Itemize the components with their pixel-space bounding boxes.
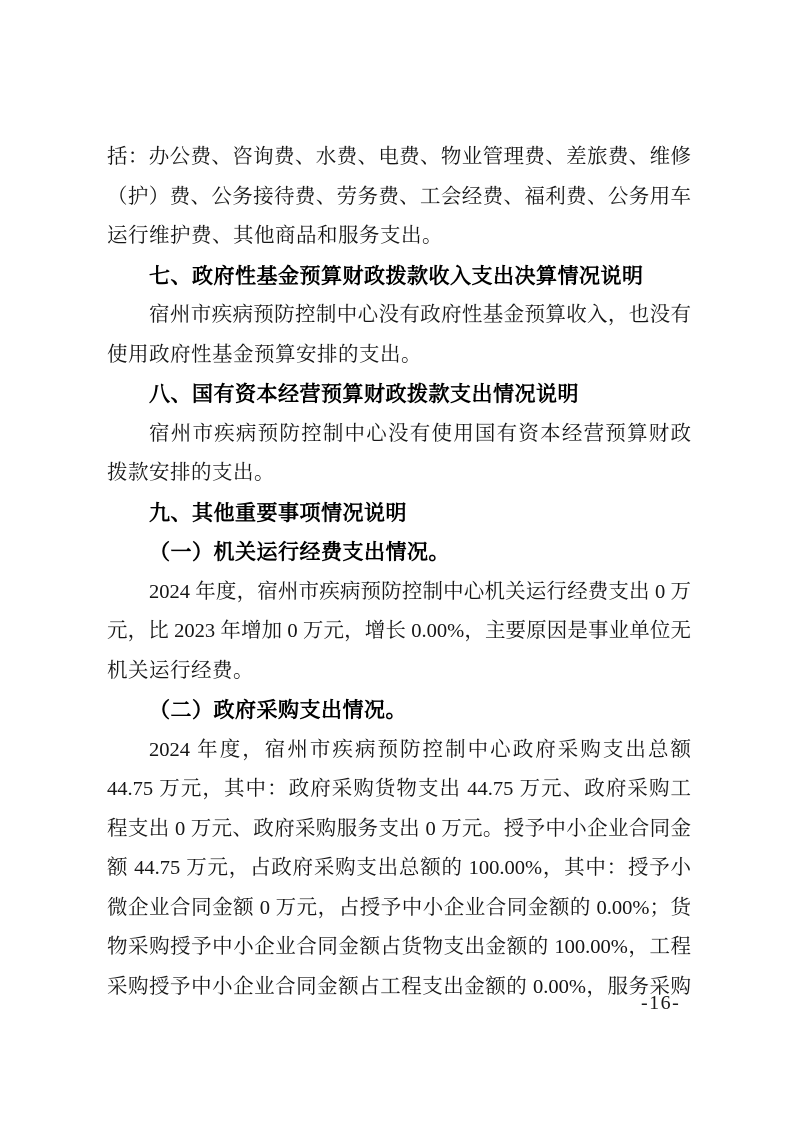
paragraph-line: 元，比 2023 年增加 0 万元，增长 0.00%，主要原因是事业单位无 xyxy=(107,612,691,652)
paragraph-line: 宿州市疾病预防控制中心没有政府性基金预算收入，也没有 xyxy=(107,296,691,336)
heading-section-9: 九、其他重要事项情况说明 xyxy=(107,494,691,534)
paragraph-line: 2024 年度，宿州市疾病预防控制中心政府采购支出总额 xyxy=(107,731,691,771)
document-page: 括：办公费、咨询费、水费、电费、物业管理费、差旅费、维修 （护）费、公务接待费、… xyxy=(0,0,793,1122)
paragraph-line: 采购授予中小企业合同金额占工程支出金额的 0.00%，服务采购 xyxy=(107,968,691,1008)
page-number: -16- xyxy=(641,992,680,1015)
paragraph-line: 括：办公费、咨询费、水费、电费、物业管理费、差旅费、维修 xyxy=(107,138,691,178)
paragraph-section-7: 宿州市疾病预防控制中心没有政府性基金预算收入，也没有 使用政府性基金预算安排的支… xyxy=(107,296,691,375)
heading-subsection-1: （一）机关运行经费支出情况。 xyxy=(107,533,691,573)
heading-section-8: 八、国有资本经营预算财政拨款支出情况说明 xyxy=(107,375,691,415)
paragraph-expense-items-continuation: 括：办公费、咨询费、水费、电费、物业管理费、差旅费、维修 （护）费、公务接待费、… xyxy=(107,138,691,257)
paragraph-line: 使用政府性基金预算安排的支出。 xyxy=(107,336,691,376)
page-content: 括：办公费、咨询费、水费、电费、物业管理费、差旅费、维修 （护）费、公务接待费、… xyxy=(107,138,691,1007)
paragraph-line: 机关运行经费。 xyxy=(107,652,691,692)
heading-subsection-2: （二）政府采购支出情况。 xyxy=(107,691,691,731)
paragraph-subsection-1: 2024 年度，宿州市疾病预防控制中心机关运行经费支出 0 万 元，比 2023… xyxy=(107,573,691,692)
paragraph-line: 额 44.75 万元，占政府采购支出总额的 100.00%，其中：授予小 xyxy=(107,849,691,889)
paragraph-line: 物采购授予中小企业合同金额占货物支出金额的 100.00%，工程 xyxy=(107,928,691,968)
paragraph-line: 拨款安排的支出。 xyxy=(107,454,691,494)
paragraph-subsection-2: 2024 年度，宿州市疾病预防控制中心政府采购支出总额 44.75 万元，其中：… xyxy=(107,731,691,1008)
paragraph-line: 运行维护费、其他商品和服务支出。 xyxy=(107,217,691,257)
paragraph-line: 微企业合同金额 0 万元，占授予中小企业合同金额的 0.00%；货 xyxy=(107,889,691,929)
paragraph-line: 44.75 万元，其中：政府采购货物支出 44.75 万元、政府采购工 xyxy=(107,770,691,810)
paragraph-line: 宿州市疾病预防控制中心没有使用国有资本经营预算财政 xyxy=(107,415,691,455)
paragraph-section-8: 宿州市疾病预防控制中心没有使用国有资本经营预算财政 拨款安排的支出。 xyxy=(107,415,691,494)
paragraph-line: （护）费、公务接待费、劳务费、工会经费、福利费、公务用车 xyxy=(107,178,691,218)
heading-section-7: 七、政府性基金预算财政拨款收入支出决算情况说明 xyxy=(107,257,691,297)
paragraph-line: 程支出 0 万元、政府采购服务支出 0 万元。授予中小企业合同金 xyxy=(107,810,691,850)
paragraph-line: 2024 年度，宿州市疾病预防控制中心机关运行经费支出 0 万 xyxy=(107,573,691,613)
